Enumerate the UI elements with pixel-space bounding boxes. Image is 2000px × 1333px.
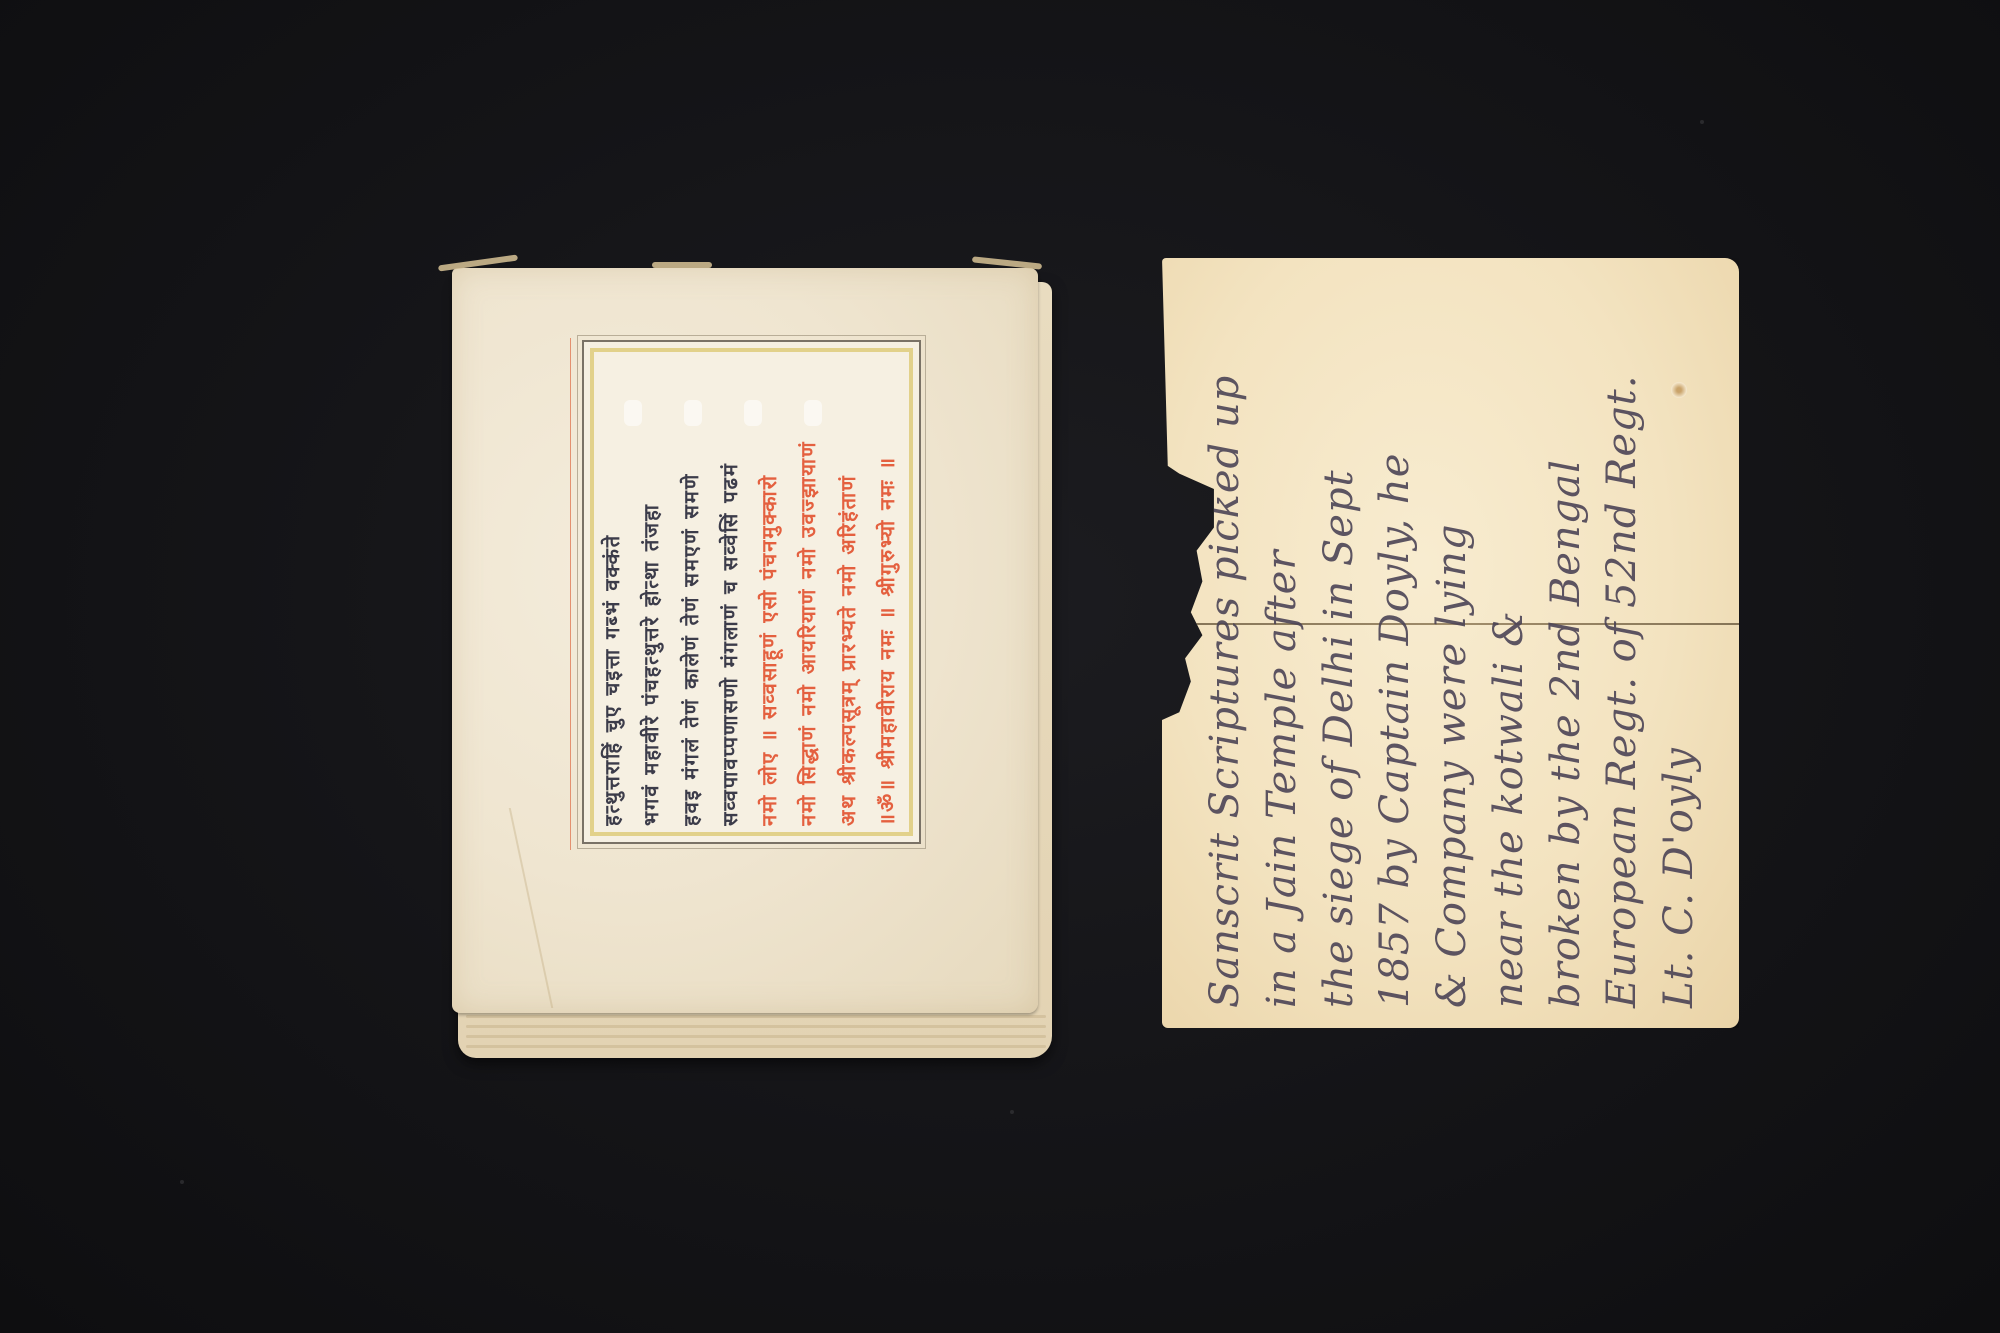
- binding-thread: [972, 256, 1042, 269]
- note-line: in a Jain Temple after: [1259, 278, 1305, 1008]
- manuscript-text: ॥ॐ॥ श्रीमहावीराय नमः ॥ श्रीगुरुभ्यो नमः …: [598, 356, 903, 826]
- note-line: the siege of Delhi in Sept: [1316, 278, 1362, 1008]
- note-line: broken by the 2nd Bengal: [1543, 278, 1589, 1008]
- page-crease: [449, 808, 554, 1008]
- manuscript-page: ॥ॐ॥ श्रीमहावीराय नमः ॥ श्रीगुरुभ्यो नमः …: [452, 268, 1038, 1013]
- cloth-speck: [1700, 120, 1704, 124]
- binding-thread: [438, 254, 518, 271]
- binding-thread: [652, 262, 712, 268]
- manuscript-book: ॥ॐ॥ श्रीमहावीराय नमः ॥ श्रीगुरुभ्यो नमः …: [452, 268, 1052, 1058]
- signature: Lt. C. D'oyly: [1656, 478, 1702, 1008]
- manuscript-line: भगवं महावीरे पंचहत्थुत्तरे होत्था तंजहा: [637, 356, 667, 826]
- manuscript-line: हत्थुत्तराहिं चुए चइत्ता गब्भं वक्कंते: [598, 356, 628, 826]
- manuscript-line: सव्वपावप्पणासणो मंगलाणं च सव्वेसिं पढमं: [716, 356, 746, 826]
- margin-rule: [570, 338, 571, 850]
- note-line: near the kotwali &: [1486, 278, 1532, 1008]
- manuscript-line: हवइ मंगलं तेणं कालेणं तेणं समएणं समणे: [677, 356, 707, 826]
- note-line: Sanscrit Scriptures picked up: [1202, 278, 1248, 1008]
- manuscript-line: ॥ॐ॥ श्रीमहावीराय नमः ॥ श्रीगुरुभ्यो नमः …: [873, 356, 903, 826]
- cloth-speck: [180, 1180, 184, 1184]
- text-panel: ॥ॐ॥ श्रीमहावीराय नमः ॥ श्रीगुरुभ्यो नमः …: [582, 340, 921, 844]
- provenance-card: Sanscrit Scriptures picked up in a Jain …: [1162, 258, 1739, 1028]
- cloth-speck: [1010, 1110, 1014, 1114]
- manuscript-line: नमो सिद्धाणं नमो आयरियाणं नमो उवज्झायाणं: [794, 356, 824, 826]
- note-line: 1857 by Captain Doyly, he: [1372, 278, 1418, 1008]
- note-line: & Company were lying: [1429, 278, 1475, 1008]
- manuscript-line: अथ श्रीकल्पसूत्रम् प्रारभ्यते नमो अरिहंत…: [834, 356, 864, 826]
- manuscript-line: नमो लोए ॥ सव्वसाहूणं एसो पंचनमुक्कारो: [755, 356, 785, 826]
- note-line: European Regt. of 52nd Regt.: [1599, 278, 1645, 1008]
- handwritten-note: Sanscrit Scriptures picked up in a Jain …: [1202, 278, 1702, 1008]
